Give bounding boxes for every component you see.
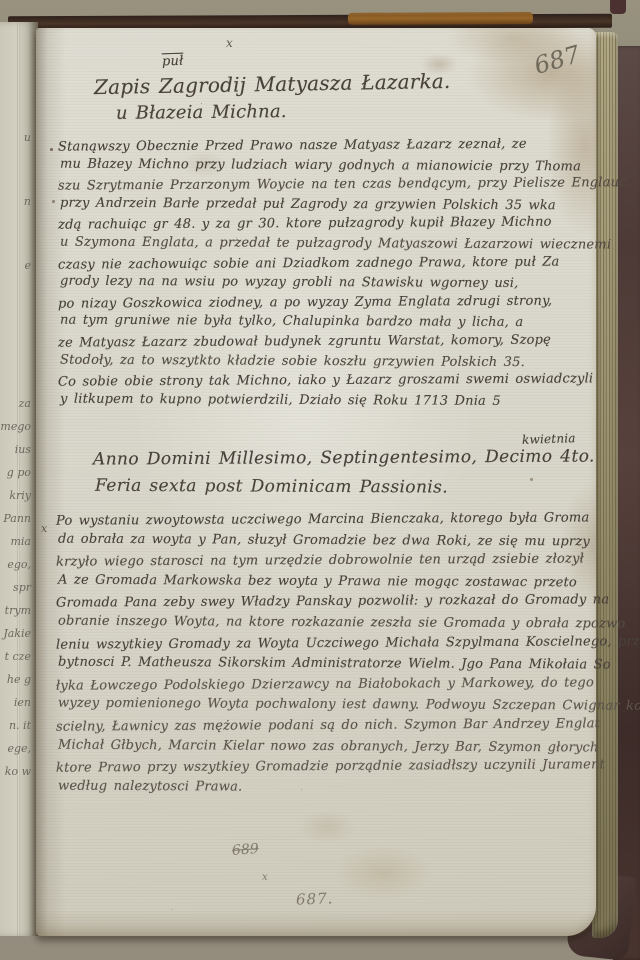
handwritten-line: szu Szrytmanie Przarzonym Woycie na ten … [58,174,590,197]
text-fragment: mego [0,415,31,438]
text-fragment: za [0,392,31,415]
handwritten-line: scielny, Ławnicy zas mężowie podani są d… [56,714,596,738]
text-fragment: ege, [0,737,31,760]
previous-page-sliver: une zamegoiusg pokriyPannmiaego,sprtrymJ… [0,22,38,936]
text-fragment: Pann [0,507,31,530]
interlinear-insertion: puł [162,54,184,70]
text-fragment: ko w [0,760,31,783]
text-fragment: n [24,170,31,234]
page-number-top-right: 687 [531,40,583,80]
text-fragment: spr [0,576,31,599]
crossed-out-pencil-number: 689 [231,841,259,859]
scanned-book-photo: une zamegoiusg pokriyPannmiaego,sprtrymJ… [0,0,640,960]
text-fragment: kriy [0,484,31,507]
handwritten-line: Stanąwszy Obecznie Przed Prawo nasze Mat… [58,134,590,157]
handwritten-line: grody lezy na na wsiu po wyzay grobli na… [60,272,590,294]
handwritten-line: krzyło wiego starosci na tym urzędzie do… [56,550,596,574]
pencil-page-number: 687. [296,889,334,908]
handwritten-line: obranie inszego Woyta, na ktore rozkazan… [58,612,596,635]
latin-dating-block: Anno Domini Millesimo, Septingentesimo, … [93,444,595,502]
text-fragment: g po [0,461,31,484]
text-fragment: n. it [0,714,31,737]
handwritten-line: y litkupem to kupno potwierdzili, Działo… [60,389,590,411]
entry-title-line2: u Błazeia Michna. [116,101,287,124]
text-fragment: he g [0,668,31,691]
latin-line: Anno Domini Millesimo, Septingentesimo, … [93,442,595,474]
handwritten-line: ze Matyasz Łazarz zbudował budynek zgrun… [58,330,590,353]
bottom-x-mark: x [262,872,268,883]
text-fragment: ego, [0,553,31,576]
handwritten-line: wyzey pomienionego Woyta pochwalony iest… [58,694,596,717]
top-x-mark: x [226,36,233,50]
page-bottom-shadow [36,910,596,936]
record1-text-block: Stanąwszy Obecznie Przed Prawo nasze Mat… [58,136,590,410]
text-fragment: trym [0,599,31,622]
handwritten-line: Co sobie obie strony tak Michno, iako y … [58,370,590,393]
manuscript-page: 687 x puł Zapis Zagrodij Matyasza Łazark… [36,28,596,936]
handwritten-line: bytnosci P. Matheusza Sikorskim Administ… [58,653,596,676]
handwritten-line: Po wystaniu zwoytowsta uczciwego Marcina… [56,508,596,532]
text-fragment: Jakie [0,622,31,645]
text-fragment: t cze [0,645,31,668]
latin-line: Feria sexta post Dominicam Passionis. [95,472,595,504]
handwritten-line: ktore Prawo przy wszytkiey Gromadzie por… [56,755,596,779]
neighbor-text-fragments-lower: zamegoiusg pokriyPannmiaego,sprtrymJakie… [0,392,31,783]
leather-cover-top-corner [610,0,626,14]
foxing-specks [50,148,53,151]
handwritten-line: u Szymona Englata, a przedał te pułzagro… [60,233,590,255]
rust-stain [348,12,533,25]
text-fragment: mia [0,530,31,553]
text-fragment: u [24,106,31,170]
entry-title-line1: Zapis Zagrodij Matyasza Łazarka. [94,69,451,99]
text-fragment: ius [0,438,31,461]
text-fragment: e [24,234,31,298]
neighbor-text-fragments-upper: une [24,106,31,298]
record2-text-block: Po wystaniu zwoytowsta uczciwego Marcina… [56,510,596,798]
left-margin-x-mark: x [41,522,47,535]
text-fragment: ien [0,691,31,714]
handwritten-line: według nalezytosci Prawa. [58,776,596,799]
